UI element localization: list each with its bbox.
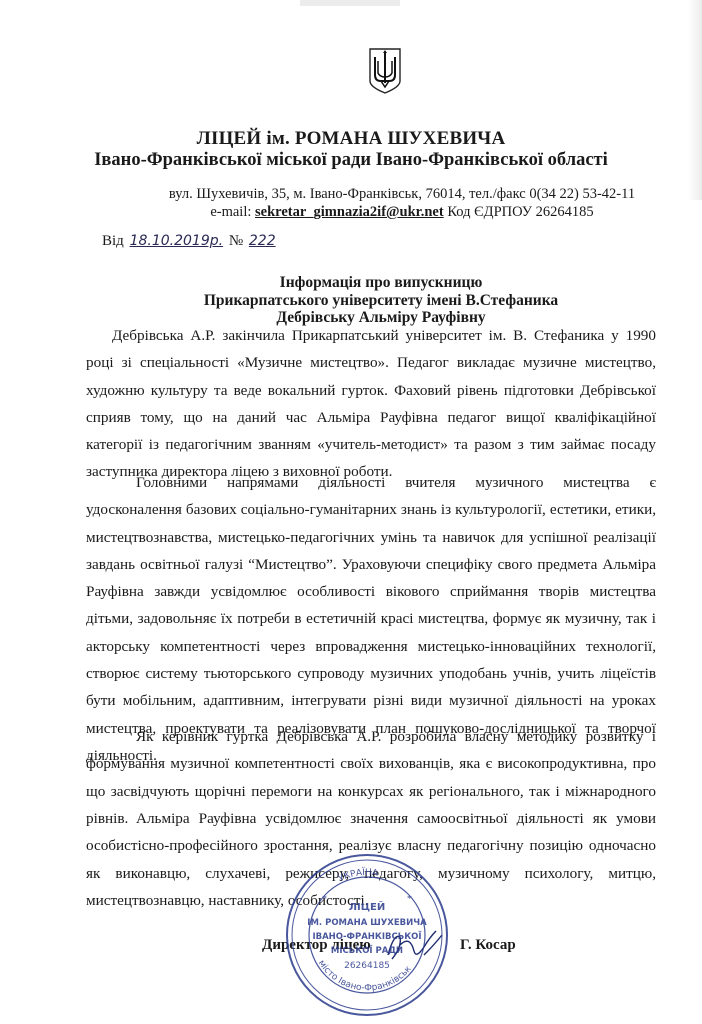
document-date: 18.10.2019р. — [128, 233, 226, 249]
svg-text:ІМ. РОМАНА ШУХЕВИЧА: ІМ. РОМАНА ШУХЕВИЧА — [307, 918, 427, 928]
scan-artifact — [300, 0, 400, 6]
contact-line: e-mail: sekretar_gimnazia2if@ukr.net Код… — [132, 204, 672, 221]
subject-line-2: Прикарпатського університету імені В.Сте… — [60, 292, 702, 310]
subject-line-1: Інформація про випускницю — [60, 274, 702, 292]
svg-text:*: * — [407, 894, 412, 905]
trident-coat-of-arms-icon — [368, 47, 402, 95]
school-address: вул. Шухевичів, 35, м. Івано-Франківськ,… — [132, 186, 672, 203]
svg-text:ІВАНО-ФРАНКІВСЬКОЇ: ІВАНО-ФРАНКІВСЬКОЇ — [312, 931, 421, 942]
svg-text:26264185: 26264185 — [344, 961, 390, 971]
edrpou-code: Код ЄДРПОУ 26264185 — [444, 204, 594, 220]
svg-text:*: * — [322, 894, 327, 905]
official-stamp: УКРАЇНА місто Івано-Франківськ ЛІЦЕЙ ІМ.… — [282, 850, 452, 1020]
document-number: 222 — [247, 233, 278, 249]
svg-text:МІСЬКОЇ РАДИ: МІСЬКОЇ РАДИ — [331, 945, 403, 956]
svg-text:УКРАЇНА: УКРАЇНА — [337, 867, 380, 884]
school-council: Івано-Франківської міської ради Івано-Фр… — [0, 150, 702, 171]
email-label: e-mail: — [210, 204, 255, 220]
director-name: Г. Косар — [460, 937, 516, 954]
document-reference: Від 18.10.2019р. № 222 — [102, 233, 278, 250]
paragraph-education: Дебрівська А.Р. закінчила Прикарпатський… — [86, 322, 656, 486]
svg-text:ЛІЦЕЙ: ЛІЦЕЙ — [349, 900, 386, 913]
from-label: Від — [102, 233, 124, 249]
school-name: ЛІЦЕЙ ім. РОМАНА ШУХЕВИЧА — [0, 128, 702, 150]
email-link[interactable]: sekretar_gimnazia2if@ukr.net — [255, 204, 444, 220]
number-label: № — [229, 233, 243, 249]
